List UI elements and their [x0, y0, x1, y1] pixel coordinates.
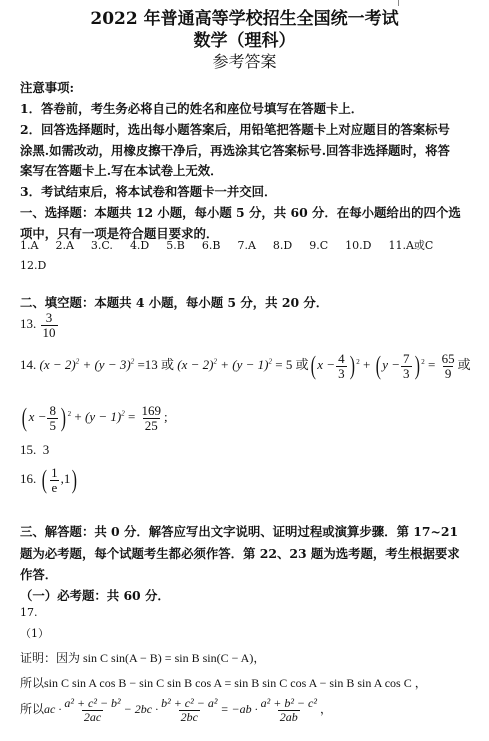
notice-item-1: 1．答卷前，考生务必将自己的姓名和座位号填写在答题卡上．	[20, 99, 363, 117]
notice-item-2-cont: 涂黑.如需改动，用橡皮擦干净后，再选涂其它答案标号.回答非选择题时，将答	[20, 141, 450, 159]
required-subheading: （一）必考题：共 60 分．	[20, 586, 170, 604]
q17-part-label: （1）	[20, 625, 49, 641]
answer-12: 12.D	[20, 259, 46, 272]
answer-1: 1.A	[20, 239, 38, 252]
section3-heading-cont2: 作答．	[20, 565, 57, 583]
answer-2: 2.A	[55, 239, 73, 252]
q16-answer: 16. (1e,1)	[20, 466, 79, 494]
answer-6: 6.B	[202, 239, 221, 252]
answer-4: 4.D	[130, 239, 149, 252]
doc-type: 参考答案	[0, 49, 489, 72]
q13-label: 13.	[20, 316, 36, 331]
notice-item-2: 2．回答选择题时，选出每小题答案后，用铅笔把答题卡上对应题目的答案标号	[20, 120, 450, 138]
proof-line-3: 所以ac ·a² + c² − b²2ac− 2bc ·b² + c² − a²…	[20, 697, 332, 723]
section2-heading: 二、填空题：本题共 4 小题，每小题 5 分，共 20 分．	[20, 293, 328, 311]
section1-heading: 一、选择题：本题共 12 小题，每小题 5 分，共 60 分．在每小题给出的四个…	[20, 203, 461, 221]
section3-heading-cont: 题为必考题，每个试题考生都必须作答．第 22、23 题为选考题，考生根据要求	[20, 544, 460, 562]
q15-answer: 15. 3	[20, 442, 49, 458]
doc-subtitle: 数学（理科）	[0, 26, 489, 51]
answer-8: 8.D	[273, 239, 292, 252]
notice-heading: 注意事项:	[20, 78, 74, 96]
q13-answer: 13. 310	[20, 311, 59, 339]
proof-line-1: 证明：因为 sin C sin(A − B) = sin B sin(C − A…	[20, 649, 265, 666]
answer-3: 3.C.	[91, 239, 113, 252]
answer-10: 10.D	[345, 239, 371, 252]
proof-line-2: 所以sin C sin A cos B − sin C sin B cos A …	[20, 674, 427, 691]
answer-11: 11.A或C	[388, 237, 433, 253]
answer-9: 9.C	[309, 239, 328, 252]
choice-answers: 1.A2.A3.C.4.D5.B6.B7.A8.D9.C10.D11.A或C	[20, 237, 450, 253]
q13-fraction: 310	[41, 311, 58, 339]
notice-item-2-cont2: 案写在答题卡上.写在本试卷上无效．	[20, 161, 223, 179]
section3-heading: 三、解答题：共 0 分．解答应写出文字说明、证明过程或演算步骤．第 17~21	[20, 522, 458, 540]
q14-answer-line1: 14. (x − 2)2 + (y − 3)2 =13 或 (x − 2)2 +…	[20, 352, 471, 380]
q17-label: 17.	[20, 606, 38, 619]
answer-7: 7.A	[237, 239, 255, 252]
answer-5: 5.B	[166, 239, 185, 252]
notice-item-3: 3．考试结束后，将本试卷和答题卡一并交回．	[20, 182, 276, 200]
q14-answer-line2: (x −85)2 + (y − 1)2 = 16925;	[20, 404, 168, 432]
